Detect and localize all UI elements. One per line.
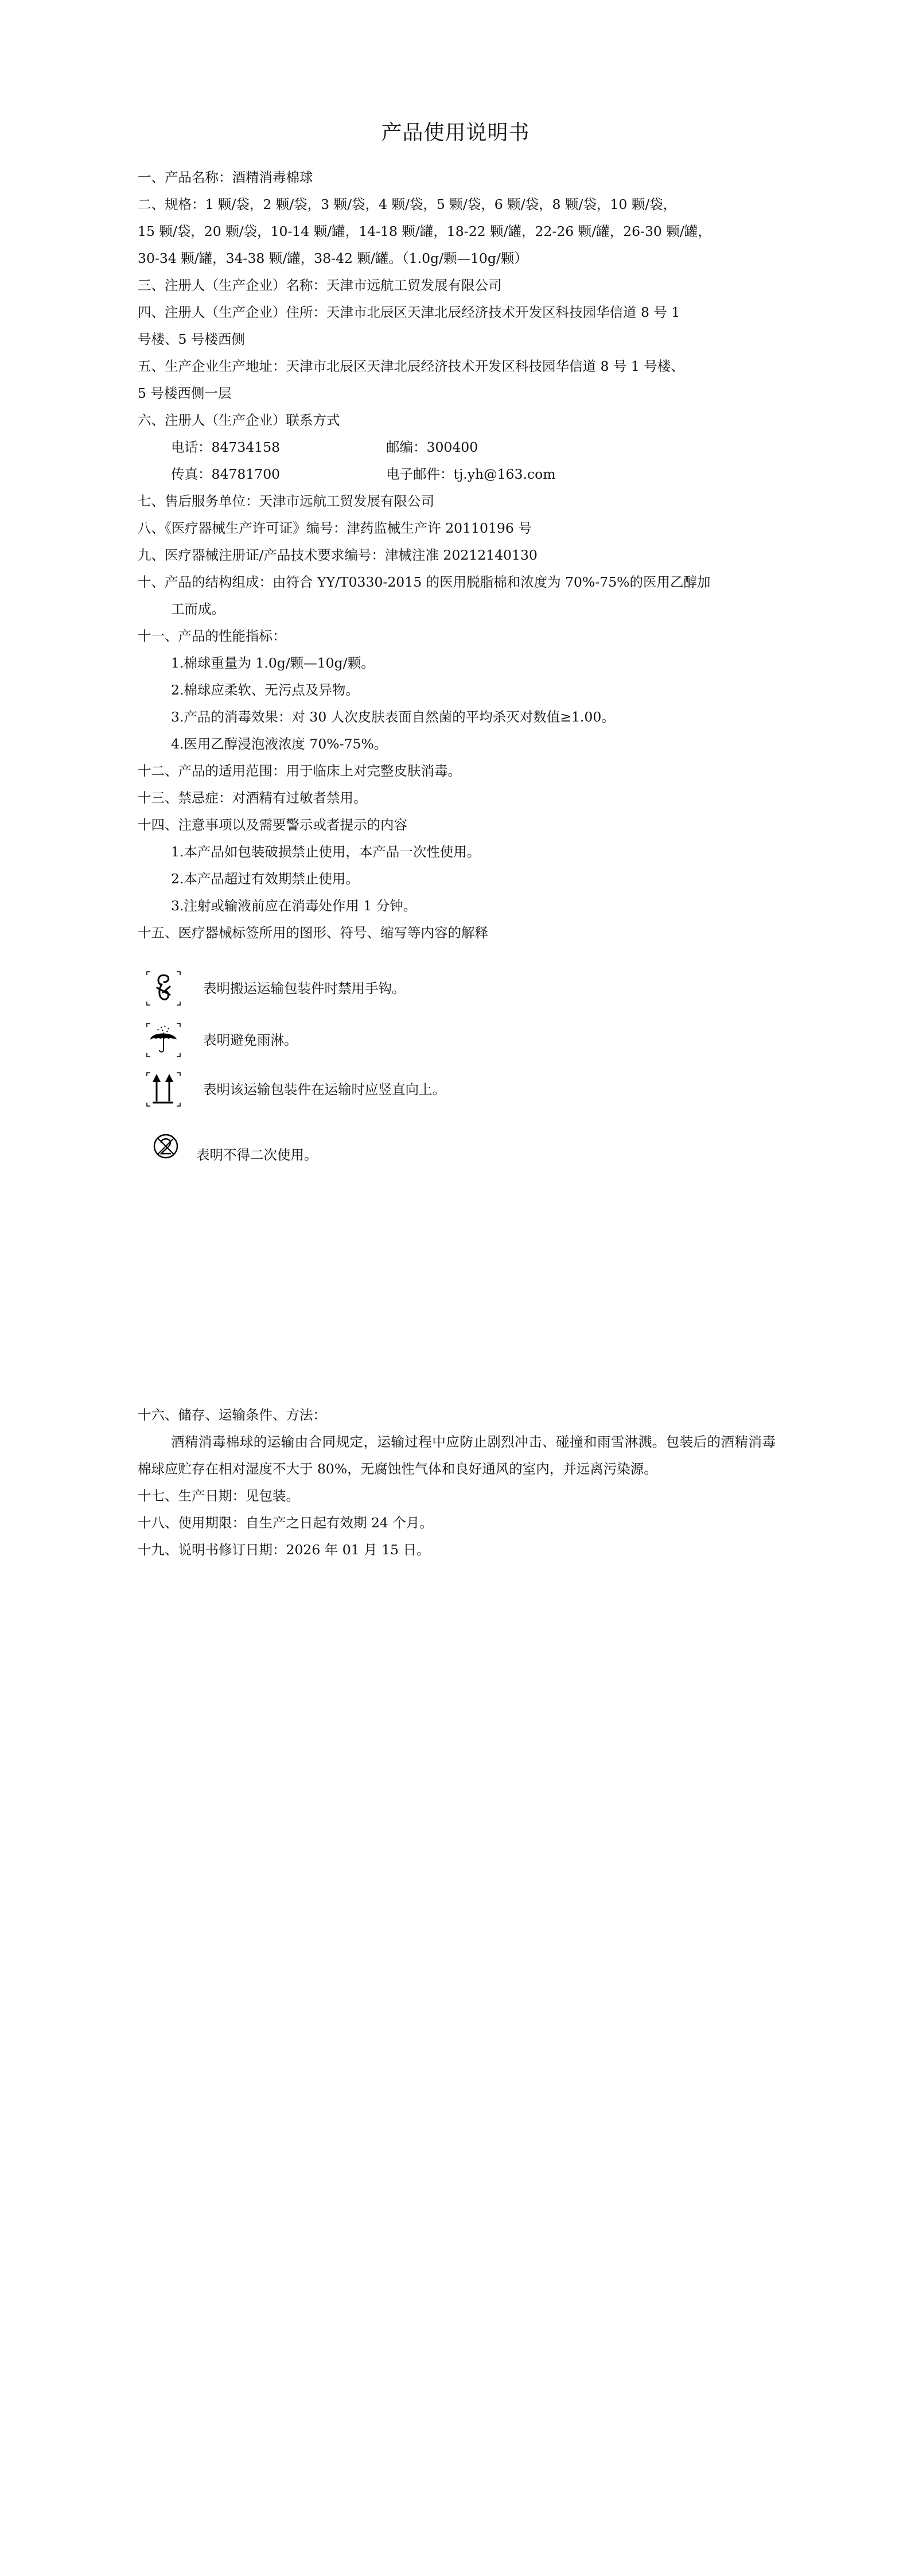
section-production-address-line-2: 5 号楼西侧一层 xyxy=(138,380,776,407)
contact-postcode: 邮编：300400 xyxy=(386,434,478,461)
document-lower-body: 十六、储存、运输条件、方法： 酒精消毒棉球的运输由合同规定，运输过程中应防止剧烈… xyxy=(138,1402,776,1564)
section-scope: 十二、产品的适用范围：用于临床上对完整皮肤消毒。 xyxy=(138,758,776,785)
section-specifications-line-2: 15 颗/袋，20 颗/袋，10-14 颗/罐，14-18 颗/罐，18-22 … xyxy=(138,218,776,245)
contact-fax: 传真：84781700 xyxy=(138,461,386,488)
section-production-date: 十七、生产日期：见包装。 xyxy=(138,1483,776,1510)
symbol-description: 表明不得二次使用。 xyxy=(196,1147,318,1163)
section-storage-heading: 十六、储存、运输条件、方法： xyxy=(138,1402,776,1429)
contact-row-2: 传真：84781700 电子邮件：tj.yh@163.com xyxy=(138,461,776,488)
symbol-row-keep-dry: 表明避免雨淋。 xyxy=(146,1022,181,1058)
section-registrant-address-line-2: 号楼、5 号楼西侧 xyxy=(138,326,776,353)
performance-item: 1.棉球重量为 1.0g/颗—10g/颗。 xyxy=(138,650,776,677)
this-way-up-icon xyxy=(146,1072,181,1107)
section-production-address-line-1: 五、生产企业生产地址：天津市北辰区天津北辰经济技术开发区科技园华信道 8 号 1… xyxy=(138,353,776,380)
section-specifications-line-1: 二、规格：1 颗/袋，2 颗/袋，3 颗/袋，4 颗/袋，5 颗/袋，6 颗/袋… xyxy=(138,191,776,218)
symbol-description: 表明避免雨淋。 xyxy=(203,1032,298,1048)
contact-email: 电子邮件：tj.yh@163.com xyxy=(386,461,556,488)
section-symbols-heading: 十五、医疗器械标签所用的图形、符号、缩写等内容的解释 xyxy=(138,920,776,946)
precaution-item: 2.本产品超过有效期禁止使用。 xyxy=(138,866,776,893)
section-contact-heading: 六、注册人（生产企业）联系方式 xyxy=(138,407,776,434)
section-revision-date: 十九、说明书修订日期：2026 年 01 月 15 日。 xyxy=(138,1537,776,1564)
document-body: 一、产品名称：酒精消毒棉球 二、规格：1 颗/袋，2 颗/袋，3 颗/袋，4 颗… xyxy=(138,164,776,946)
symbol-description: 表明搬运运输包装件时禁用手钩。 xyxy=(203,980,406,996)
section-production-license: 八、《医疗器械生产许可证》编号：津药监械生产许 20110196 号 xyxy=(138,515,776,542)
section-registrant-name: 三、注册人（生产企业）名称：天津市远航工贸发展有限公司 xyxy=(138,272,776,299)
storage-paragraph: 酒精消毒棉球的运输由合同规定，运输过程中应防止剧烈冲击、碰撞和雨雪淋溅。包装后的… xyxy=(138,1429,776,1483)
contact-row-1: 电话：84734158 邮编：300400 xyxy=(138,434,776,461)
symbol-row-no-hooks: 表明搬运运输包装件时禁用手钩。 xyxy=(146,971,181,1006)
precaution-item: 3.注射或输液前应在消毒处作用 1 分钟。 xyxy=(138,893,776,920)
section-registrant-address-line-1: 四、注册人（生产企业）住所：天津市北辰区天津北辰经济技术开发区科技园华信道 8 … xyxy=(138,299,776,326)
contact-phone: 电话：84734158 xyxy=(138,434,386,461)
symbol-row-this-way-up: 表明该运输包装件在运输时应竖直向上。 xyxy=(146,1072,181,1107)
page-title: 产品使用说明书 xyxy=(0,119,911,147)
performance-item: 3.产品的消毒效果：对 30 人次皮肤表面自然菌的平均杀灭对数值≥1.00。 xyxy=(138,704,776,731)
performance-item: 4.医用乙醇浸泡液浓度 70%-75%。 xyxy=(138,731,776,758)
section-specifications-line-3: 30-34 颗/罐，34-38 颗/罐，38-42 颗/罐。（1.0g/颗—10… xyxy=(138,245,776,272)
symbol-row-do-not-reuse: 表明不得二次使用。 xyxy=(153,1133,179,1159)
do-not-reuse-icon xyxy=(153,1133,179,1159)
no-hooks-icon xyxy=(146,971,181,1006)
section-registration-number: 九、医疗器械注册证/产品技术要求编号：津械注准 20212140130 xyxy=(138,542,776,569)
section-performance-heading: 十一、产品的性能指标： xyxy=(138,623,776,650)
precaution-item: 1.本产品如包装破损禁止使用，本产品一次性使用。 xyxy=(138,839,776,866)
section-composition-line-2: 工而成。 xyxy=(138,596,776,623)
document-page: 产品使用说明书 一、产品名称：酒精消毒棉球 二、规格：1 颗/袋，2 颗/袋，3… xyxy=(0,0,911,2576)
section-shelf-life: 十八、使用期限：自生产之日起有效期 24 个月。 xyxy=(138,1510,776,1537)
section-precautions-heading: 十四、注意事项以及需要警示或者提示的内容 xyxy=(138,812,776,839)
performance-item: 2.棉球应柔软、无污点及异物。 xyxy=(138,677,776,704)
section-product-name: 一、产品名称：酒精消毒棉球 xyxy=(138,164,776,191)
keep-dry-umbrella-icon xyxy=(146,1022,181,1058)
section-composition-line-1: 十、产品的结构组成：由符合 YY/T0330-2015 的医用脱脂棉和浓度为 7… xyxy=(138,569,776,596)
section-contraindications: 十三、禁忌症：对酒精有过敏者禁用。 xyxy=(138,785,776,812)
section-after-sales: 七、售后服务单位：天津市远航工贸发展有限公司 xyxy=(138,488,776,515)
symbol-description: 表明该运输包装件在运输时应竖直向上。 xyxy=(203,1081,446,1097)
